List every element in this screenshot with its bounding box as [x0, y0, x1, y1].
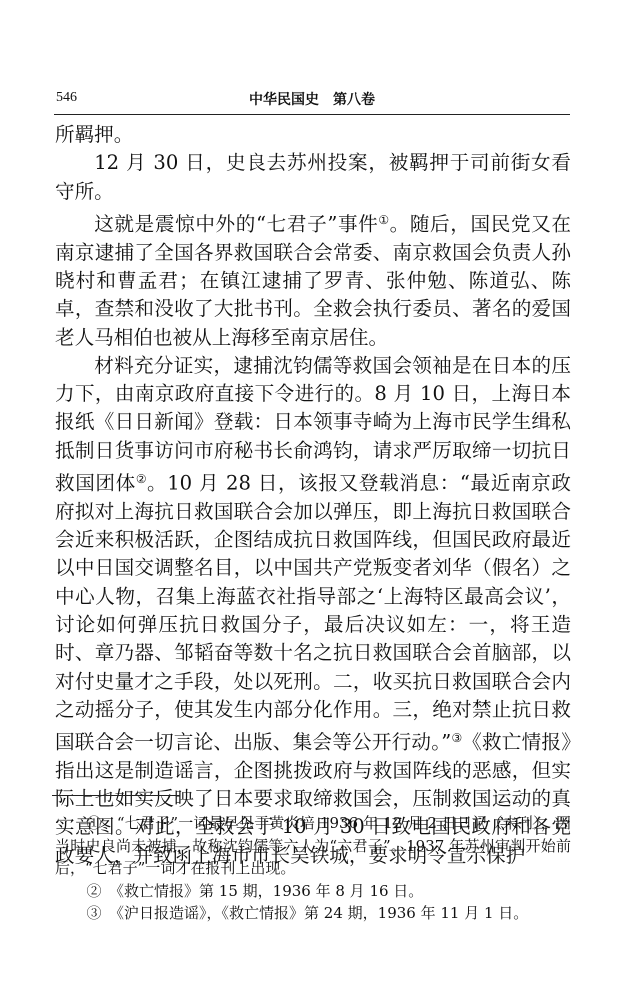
- footnote-text: 《救亡情报》第 15 期，1936 年 8 月 16 日。: [117, 882, 424, 900]
- footnote: ③ 《沪日报造谣》，《救亡情报》第 24 期，1936 年 11 月 1 日。: [55, 902, 571, 925]
- body-text: 所羁押。 12 月 30 日，史良去苏州投案，被羁押于司前街女看守所。 这就是震…: [55, 121, 571, 870]
- running-header: 546 中华民国史 第八卷: [54, 84, 570, 114]
- footnote-ref[interactable]: ③: [451, 731, 462, 745]
- paragraph: 所羁押。: [55, 121, 571, 149]
- paragraph: 12 月 30 日，史良去苏州投案，被羁押于司前街女看守所。: [55, 149, 571, 206]
- footnote-mark: ①: [87, 814, 102, 832]
- footnote-rule: [52, 795, 180, 796]
- footnote: ① “七君子”一词最早见于黄炎培 1936 年 12 月 2 日日记（未刊），因…: [55, 812, 571, 880]
- footnote-text: “七君子”一词最早见于黄炎培 1936 年 12 月 2 日日记（未刊），因当时…: [55, 814, 571, 877]
- paragraph: 这就是震惊中外的“七君子”事件①。随后，国民党又在南京逮捕了全国各界救国联合会常…: [55, 206, 571, 352]
- footnote-ref[interactable]: ②: [136, 472, 147, 486]
- footnote-mark: ③: [87, 904, 102, 922]
- footnote-text: 《沪日报造谣》，《救亡情报》第 24 期，1936 年 11 月 1 日。: [117, 904, 529, 922]
- footnote: ② 《救亡情报》第 15 期，1936 年 8 月 16 日。: [55, 880, 571, 903]
- paragraph: 材料充分证实，逮捕沈钧儒等救国会领袖是在日本的压力下，由南京政府直接下令进行的。…: [55, 352, 571, 870]
- footnote-mark: ②: [87, 882, 102, 900]
- footnotes: ① “七君子”一词最早见于黄炎培 1936 年 12 月 2 日日记（未刊），因…: [55, 812, 571, 925]
- footnote-ref[interactable]: ①: [378, 213, 389, 227]
- paragraph-text: 。10 月 28 日，该报又登载消息：“最近南京政府拟对上海抗日救国联合会加以弹…: [55, 471, 571, 753]
- running-title: 中华民国史 第八卷: [54, 89, 570, 109]
- paragraph-text: 这就是震惊中外的“七君子”事件: [94, 212, 378, 235]
- header-rule: [54, 114, 570, 115]
